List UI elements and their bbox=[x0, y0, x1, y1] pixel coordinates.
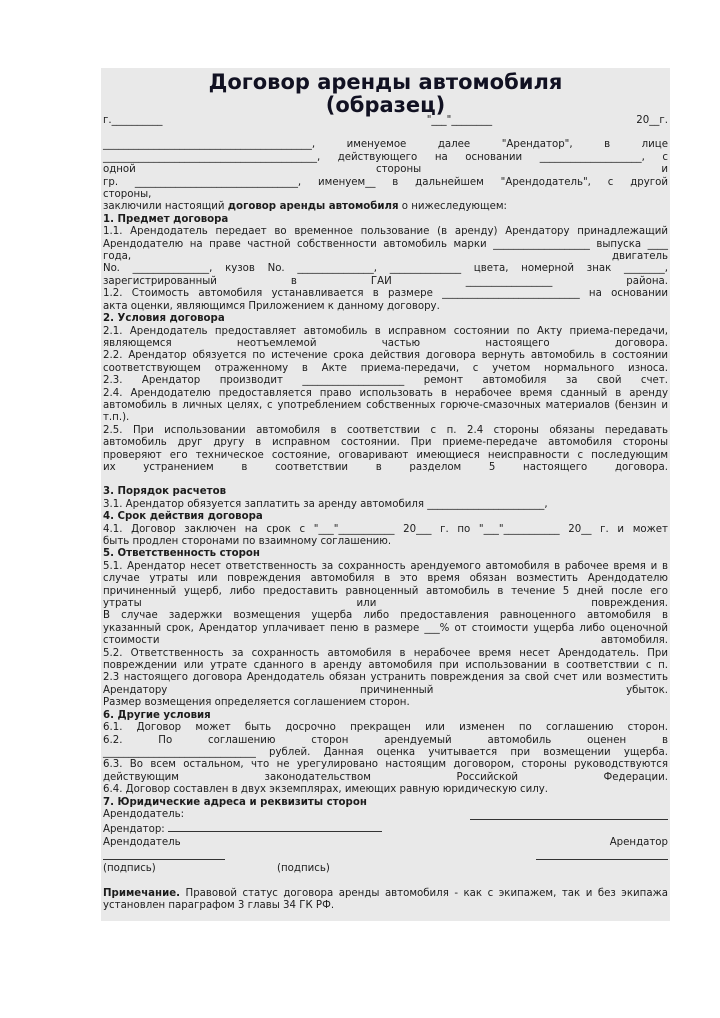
section-heading: 4. Срок действия договора bbox=[103, 511, 668, 523]
clause-line: случае утраты или повреждения автомобиля… bbox=[103, 573, 668, 585]
clause-line: стоимости автомобиля. bbox=[103, 635, 668, 647]
date-field: "___"________ bbox=[427, 115, 492, 127]
section-heading: 3. Порядок расчетов bbox=[103, 486, 668, 498]
clause-line: действующим законодательством Российской… bbox=[103, 772, 668, 784]
section: 2. Условия договора2.1. Арендодатель пре… bbox=[103, 313, 668, 486]
spacer bbox=[103, 876, 668, 888]
title-line-1: Договор аренды автомобиля bbox=[103, 70, 668, 94]
clause-line: 2.3 настоящего договора Арендодатель обя… bbox=[103, 672, 668, 684]
document-title: Договор аренды автомобиля (образец) bbox=[103, 70, 668, 117]
spacer bbox=[103, 474, 668, 486]
preamble: ________________________________________… bbox=[103, 139, 668, 201]
city-field: г.__________ bbox=[103, 115, 163, 127]
year-field: 20__г. bbox=[636, 115, 668, 127]
clause-line: No. _______________, кузов No. _________… bbox=[103, 263, 668, 275]
concluded-prefix: заключили настоящий bbox=[103, 201, 228, 212]
clause-line: акта оценки, являющимся Приложением к да… bbox=[103, 301, 668, 313]
preamble-line: гр. ________________________________, им… bbox=[103, 177, 668, 189]
lessee-blank bbox=[168, 821, 382, 832]
section: 3. Порядок расчетов3.1. Арендатор обязуе… bbox=[103, 486, 668, 511]
clause-line: быть продлен сторонами по взаимному согл… bbox=[103, 536, 668, 548]
clause-line: 2.5. При использовании автомобиля в соот… bbox=[103, 425, 668, 437]
clause-line: 6.4. Договор составлен в двух экземпляра… bbox=[103, 784, 668, 796]
signature-captions-row: (подпись) (подпись) bbox=[103, 863, 668, 875]
title-line-2: (образец) bbox=[103, 93, 668, 117]
clause-line: повреждении или утрате сданного в аренду… bbox=[103, 660, 668, 672]
clause-line: утраты или повреждения. bbox=[103, 598, 668, 610]
clause-line: 2.1. Арендодатель предоставляет автомоби… bbox=[103, 326, 668, 338]
clause-line: 2.3. Арендатор производит ______________… bbox=[103, 375, 668, 387]
sign-right-label: Арендатор bbox=[610, 837, 668, 849]
note-label: Примечание. bbox=[103, 888, 180, 899]
clause-line: соответствующем отраженному в Акте прием… bbox=[103, 363, 668, 375]
clause-line: 6.3. Во всем остальном, что не урегулиро… bbox=[103, 759, 668, 771]
contract-document: Договор аренды автомобиля (образец) г.__… bbox=[101, 68, 670, 921]
section: 5. Ответственность сторон5.1. Арендатор … bbox=[103, 548, 668, 709]
clause-line: причиненный ущерб, либо предоставить рав… bbox=[103, 586, 668, 598]
note-text-line2: установлен параграфом 3 главы 34 ГК РФ. bbox=[103, 900, 668, 912]
clause-line: Арендодателю на праве частной собственно… bbox=[103, 239, 668, 251]
clause-line: их устранением в соответствии в разделом… bbox=[103, 462, 668, 474]
requisites-section: 7. Юридические адреса и реквизиты сторон… bbox=[103, 797, 668, 876]
clause-line: 6.1. Договор может быть досрочно прекращ… bbox=[103, 722, 668, 734]
lessor-label: Арендодатель: bbox=[103, 809, 184, 821]
clause-line: 2.4. Арендодателю предоставляется право … bbox=[103, 388, 668, 400]
clause-line: Размер возмещения определяется соглашени… bbox=[103, 697, 668, 709]
preamble-line: ________________________________________… bbox=[103, 139, 668, 151]
section: 4. Срок действия договора4.1. Договор за… bbox=[103, 511, 668, 548]
section-heading: 6. Другие условия bbox=[103, 710, 668, 722]
clause-line: т.п.). bbox=[103, 412, 668, 424]
concluded-line: заключили настоящий договор аренды автом… bbox=[103, 201, 668, 213]
lessor-row: Арендодатель: bbox=[103, 809, 668, 821]
clause-line: года, двигатель bbox=[103, 251, 668, 263]
clause-line: 1.1. Арендодатель передает во временное … bbox=[103, 226, 668, 238]
clause-line: 1.2. Стоимость автомобиля устанавливаетс… bbox=[103, 288, 668, 300]
note-text: Правовой статус договора аренды автомоби… bbox=[180, 888, 668, 899]
clause-line: автомобиль в личных целях, с употреблени… bbox=[103, 400, 668, 412]
concluded-suffix: о нижеследующем: bbox=[399, 201, 507, 212]
clause-line: 5.2. Ответственность за сохранность авто… bbox=[103, 648, 668, 660]
clause-line: 4.1. Договор заключен на срок с "___"___… bbox=[103, 524, 668, 536]
concluded-bold: договор аренды автомобиля bbox=[228, 201, 399, 212]
clause-line: Арендатору причиненный убыток. bbox=[103, 685, 668, 697]
signature-line-right bbox=[536, 849, 668, 860]
signature-caption-1: (подпись) bbox=[103, 863, 156, 874]
clause-line: 5.1. Арендатор несет ответственность за … bbox=[103, 561, 668, 573]
preamble-line: ________________________________________… bbox=[103, 152, 668, 164]
lessee-label: Арендатор: bbox=[103, 824, 165, 835]
section-heading: 7. Юридические адреса и реквизиты сторон bbox=[103, 797, 668, 809]
clause-line: автомобиль друг другу в исправном состоя… bbox=[103, 437, 668, 449]
preamble-line: стороны, bbox=[103, 189, 668, 201]
signature-labels-row: Арендодатель Арендатор bbox=[103, 837, 668, 849]
clause-line: зарегистрированный в ГАИ _______________… bbox=[103, 276, 668, 288]
clause-line: 2.2. Арендатор обязуется по истечение ср… bbox=[103, 350, 668, 362]
section: 6. Другие условия6.1. Договор может быть… bbox=[103, 710, 668, 797]
clause-line: ______________________________ рублей. Д… bbox=[103, 747, 668, 759]
signature-line-left bbox=[103, 849, 225, 860]
sections: 1. Предмет договора1.1. Арендодатель пер… bbox=[103, 214, 668, 797]
clause-line: 6.2. По соглашению сторон арендуемый авт… bbox=[103, 735, 668, 747]
lessor-blank bbox=[470, 809, 668, 820]
section-heading: 1. Предмет договора bbox=[103, 214, 668, 226]
clause-line: В случае задержки возмещения ущерба либо… bbox=[103, 610, 668, 622]
section-heading: 2. Условия договора bbox=[103, 313, 668, 325]
clause-line: указанный срок, Арендатор уплачивает пен… bbox=[103, 623, 668, 635]
clause-line: 3.1. Арендатор обязуется заплатить за ар… bbox=[103, 499, 668, 511]
preamble-line: одной стороны и bbox=[103, 164, 668, 176]
signature-caption-2: (подпись) bbox=[277, 863, 330, 874]
section-heading: 5. Ответственность сторон bbox=[103, 548, 668, 560]
signature-lines-row bbox=[103, 849, 668, 861]
note: Примечание. Правовой статус договора аре… bbox=[103, 888, 668, 913]
clause-line: являющемся неотъемлемой частью настоящег… bbox=[103, 338, 668, 350]
spacer bbox=[103, 127, 668, 139]
sign-left-label: Арендодатель bbox=[103, 837, 181, 849]
section: 1. Предмет договора1.1. Арендодатель пер… bbox=[103, 214, 668, 313]
clause-line: проверяют его техническое состояние, ого… bbox=[103, 450, 668, 462]
lessee-row: Арендатор: bbox=[103, 821, 668, 836]
